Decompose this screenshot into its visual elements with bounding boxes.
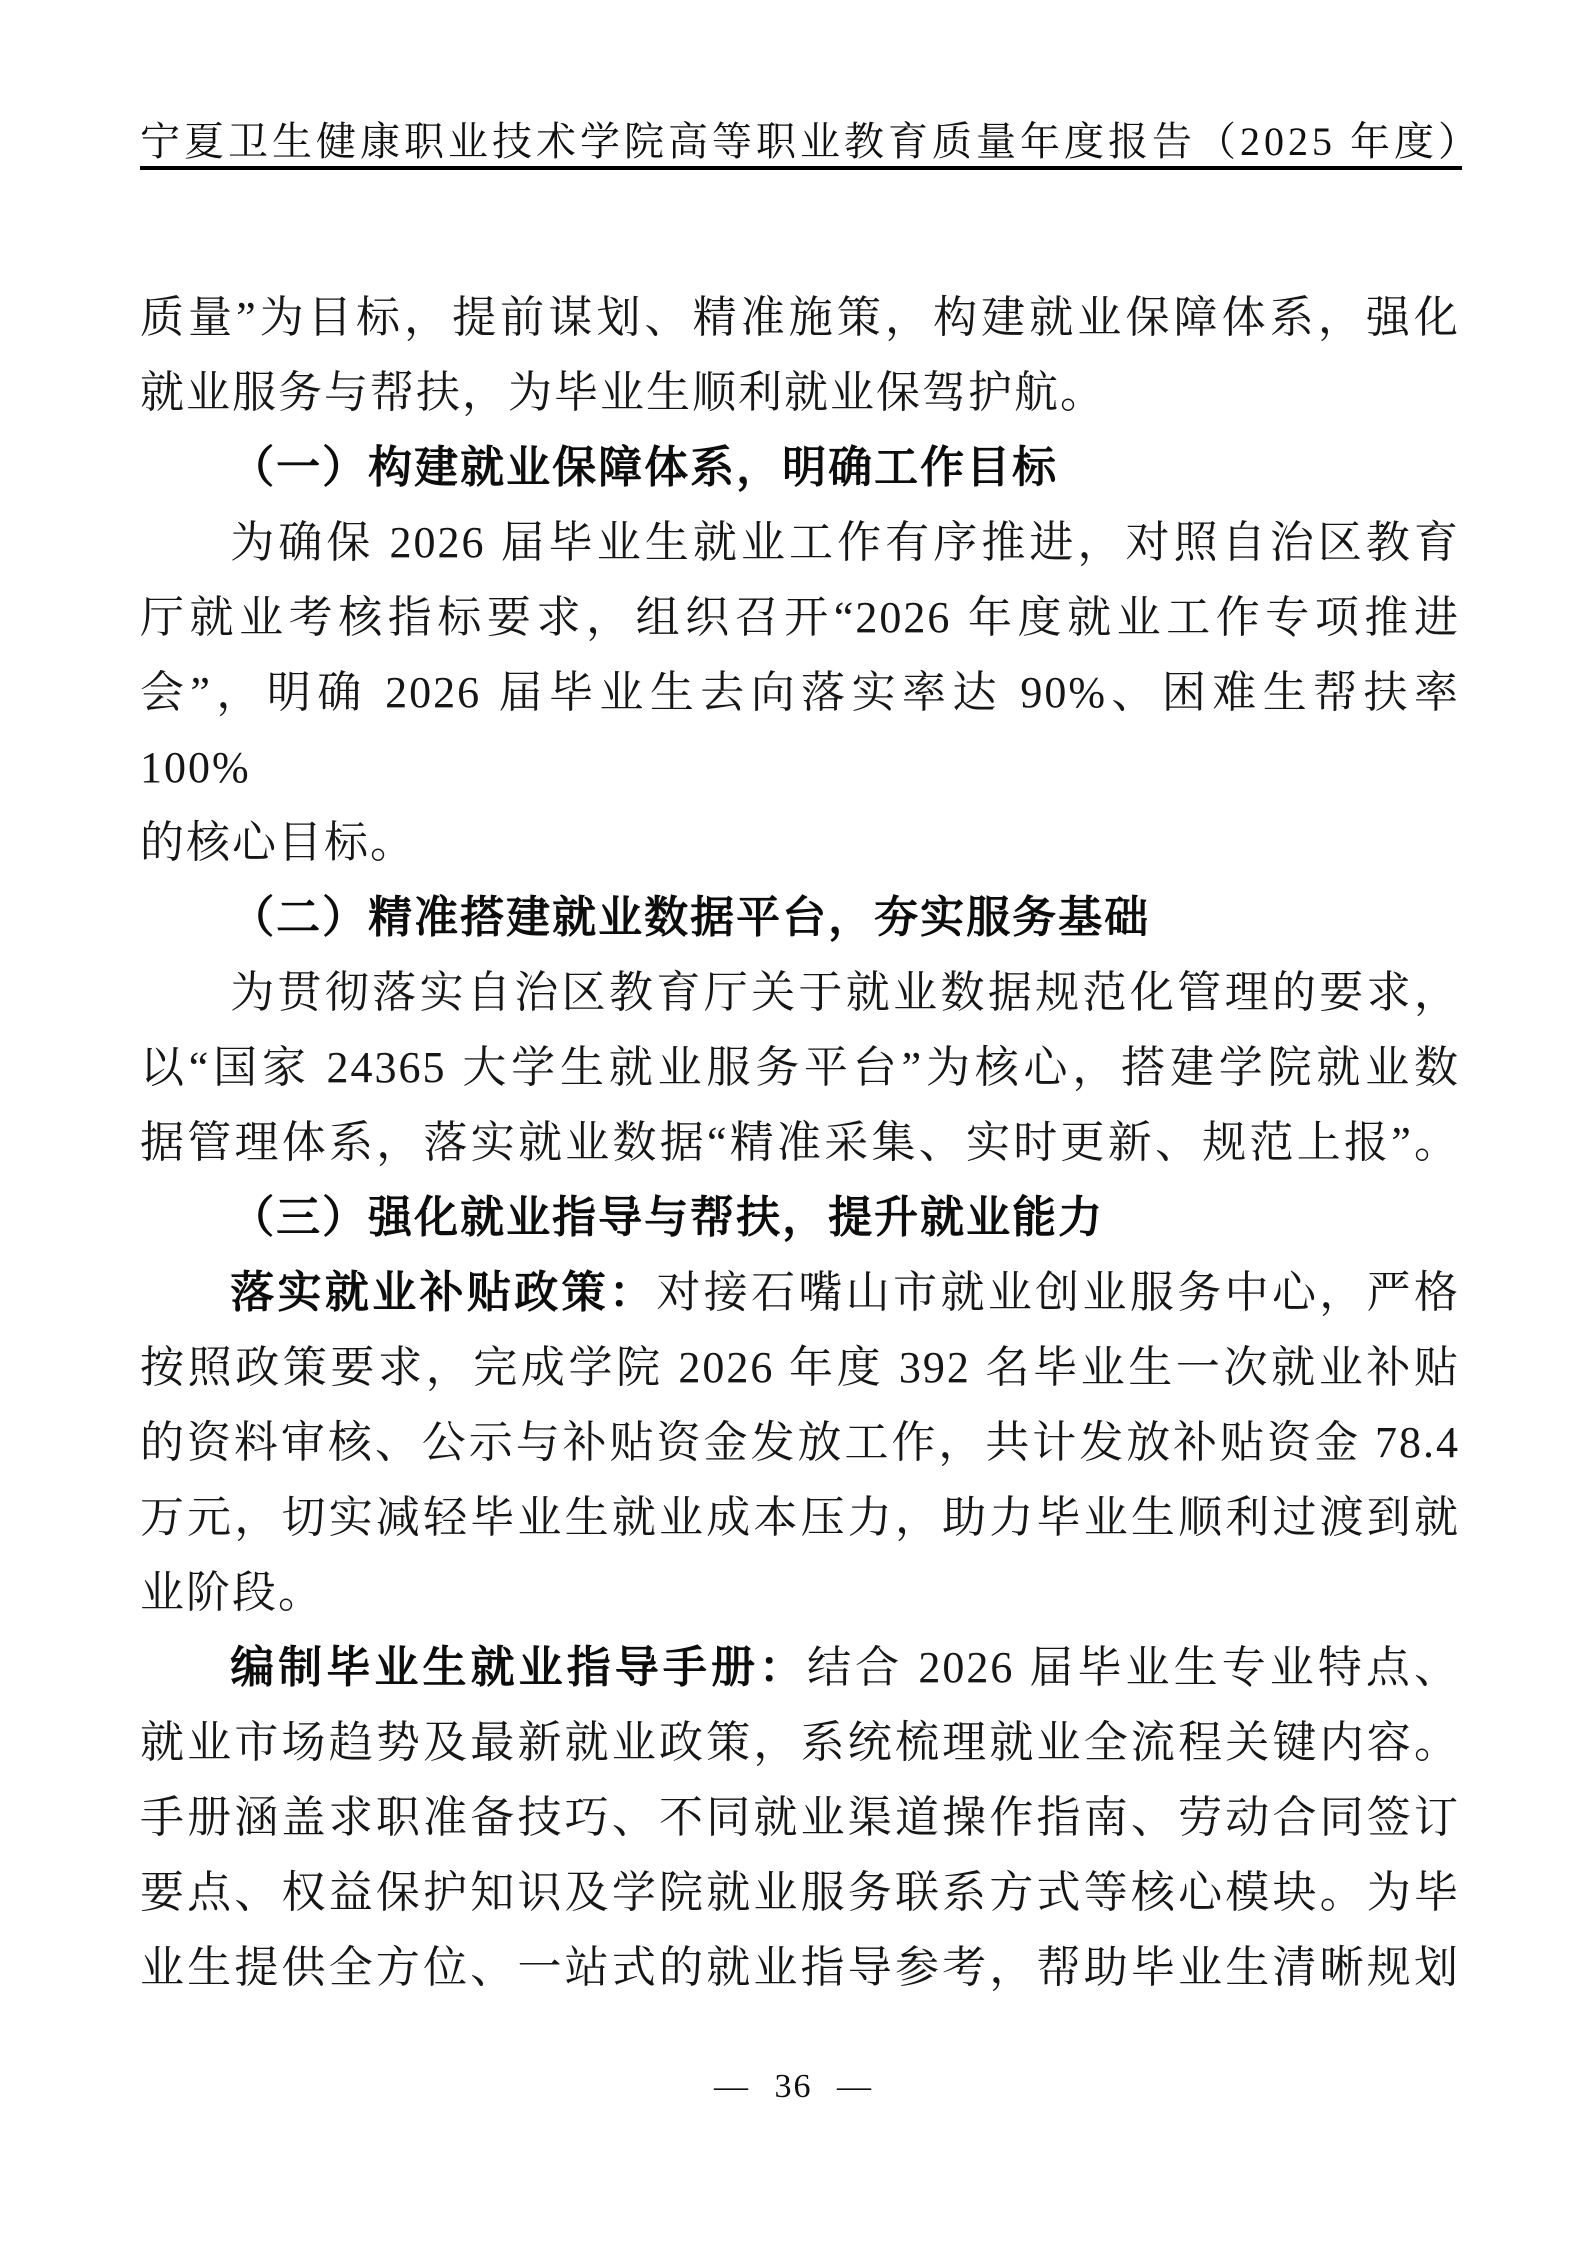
text-line: 万元，切实减轻毕业生就业成本压力，助力毕业生顺利过渡到就: [140, 1480, 1460, 1555]
text-segment: 结合 2026 届毕业生专业特点、: [807, 1643, 1460, 1692]
text-line: 为贯彻落实自治区教育厅关于就业数据规范化管理的要求，: [140, 955, 1460, 1030]
section-heading: （二）精准搭建就业数据平台，夯实服务基础: [140, 880, 1460, 955]
lead-bold: 编制毕业生就业指导手册：: [230, 1643, 807, 1692]
text-line: 质量”为目标，提前谋划、精准施策，构建就业保障体系，强化: [140, 280, 1460, 355]
page-number: — 36 —: [714, 2068, 873, 2105]
text-line: 会”，明确 2026 届毕业生去向落实率达 90%、困难生帮扶率 100%: [140, 655, 1460, 805]
page-footer: — 36 —: [0, 2068, 1587, 2106]
header-rule: [140, 166, 1462, 170]
header-title: 宁夏卫生健康职业技术学院高等职业教育质量年度报告（2025 年度）: [140, 110, 1460, 167]
text-line: 要点、权益保护知识及学院就业服务联系方式等核心模块。为毕: [140, 1855, 1460, 1930]
text-line: 厅就业考核指标要求，组织召开“2026 年度就业工作专项推进: [140, 580, 1460, 655]
text-line: 就业服务与帮扶，为毕业生顺利就业保驾护航。: [140, 355, 1460, 430]
section-heading: （三）强化就业指导与帮扶，提升就业能力: [140, 1180, 1460, 1255]
text-segment: 对接石嘴山市就业创业服务中心，严格: [656, 1268, 1460, 1317]
text-line: 为确保 2026 届毕业生就业工作有序推进，对照自治区教育: [140, 505, 1460, 580]
page: 宁夏卫生健康职业技术学院高等职业教育质量年度报告（2025 年度） 质量”为目标…: [0, 0, 1587, 2245]
text-line: 落实就业补贴政策：对接石嘴山市就业创业服务中心，严格: [140, 1255, 1460, 1330]
text-line: 业阶段。: [140, 1555, 1460, 1630]
text-line: 手册涵盖求职准备技巧、不同就业渠道操作指南、劳动合同签订: [140, 1780, 1460, 1855]
document-body: 质量”为目标，提前谋划、精准施策，构建就业保障体系，强化 就业服务与帮扶，为毕业…: [140, 280, 1460, 2005]
text-line: 的核心目标。: [140, 805, 1460, 880]
text-line: 就业市场趋势及最新就业政策，系统梳理就业全流程关键内容。: [140, 1705, 1460, 1780]
text-line: 编制毕业生就业指导手册：结合 2026 届毕业生专业特点、: [140, 1630, 1460, 1705]
text-line: 按照政策要求，完成学院 2026 年度 392 名毕业生一次就业补贴: [140, 1330, 1460, 1405]
text-line: 以“国家 24365 大学生就业服务平台”为核心，搭建学院就业数: [140, 1030, 1460, 1105]
text-line: 的资料审核、公示与补贴资金发放工作，共计发放补贴资金 78.4: [140, 1405, 1460, 1480]
text-line: 据管理体系，落实就业数据“精准采集、实时更新、规范上报”。: [140, 1105, 1460, 1180]
text-line: 业生提供全方位、一站式的就业指导参考，帮助毕业生清晰规划: [140, 1930, 1460, 2005]
lead-bold: 落实就业补贴政策：: [230, 1268, 656, 1317]
section-heading: （一）构建就业保障体系，明确工作目标: [140, 430, 1460, 505]
